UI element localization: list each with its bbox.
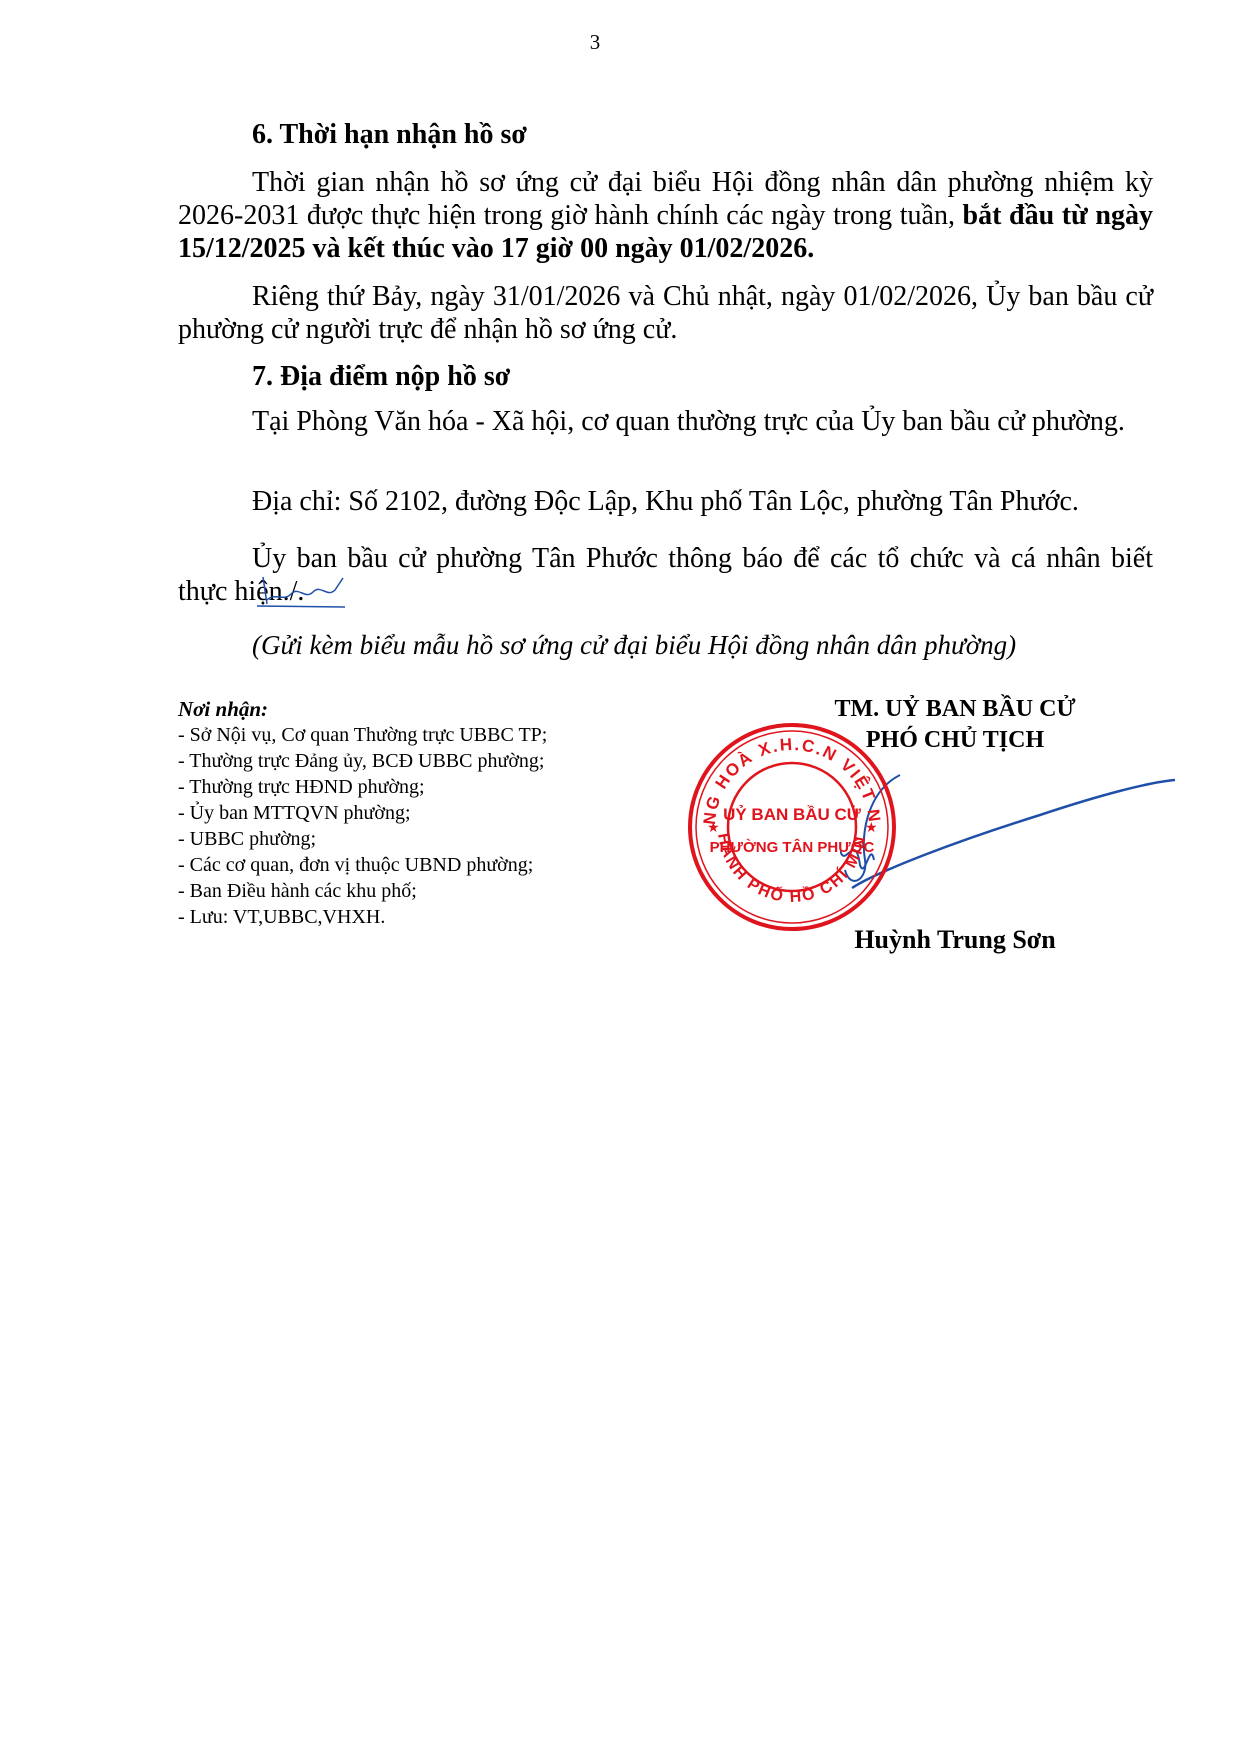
section-7-paragraph-1: Tại Phòng Văn hóa - Xã hội, cơ quan thườ… [178,405,1153,438]
stamp-inner-line-1: UỶ BAN BẦU CỬ [723,805,862,824]
recipient-item: - Lưu: VT,UBBC,VHXH. [178,904,638,930]
recipient-item: - Ủy ban MTTQVN phường; [178,800,638,826]
initials-mark [255,572,355,612]
recipients-label: Nơi nhận: [178,696,638,722]
stamp-inner-line-2: PHƯỜNG TÂN PHƯỚC [710,838,875,856]
section-6-paragraph-1: Thời gian nhận hồ sơ ứng cử đại biểu Hội… [178,166,1153,265]
recipient-item: - Sở Nội vụ, Cơ quan Thường trực UBBC TP… [178,722,638,748]
stamp-star-left: ★ [707,821,720,836]
attachment-note: (Gửi kèm biểu mẫu hồ sơ ứng cử đại biểu … [252,630,1152,661]
recipient-item: - Các cơ quan, đơn vị thuộc UBND phường; [178,852,638,878]
section-6-heading: 6. Thời hạn nhận hồ sơ [178,118,1153,151]
page-number: 3 [0,30,1190,55]
section-6-paragraph-2: Riêng thứ Bảy, ngày 31/01/2026 và Chủ nh… [178,280,1153,346]
recipient-item: - Ban Điều hành các khu phố; [178,878,638,904]
stamp-star-right: ★ [865,821,878,836]
recipient-item: - Thường trực Đảng ủy, BCĐ UBBC phường; [178,748,638,774]
section-7-address: Địa chỉ: Số 2102, đường Độc Lập, Khu phố… [178,485,1153,518]
recipient-item: - Thường trực HĐND phường; [178,774,638,800]
section-7-heading: 7. Địa điểm nộp hồ sơ [178,360,1153,393]
recipient-item: - UBBC phường; [178,826,638,852]
official-stamp: CỘNG HOÀ X.H.C.N VIỆT NAM THÀNH PHỐ HỒ C… [685,720,900,935]
recipients-list: Nơi nhận: - Sở Nội vụ, Cơ quan Thường tr… [178,696,638,930]
signer-name: Huỳnh Trung Sơn [740,925,1170,955]
